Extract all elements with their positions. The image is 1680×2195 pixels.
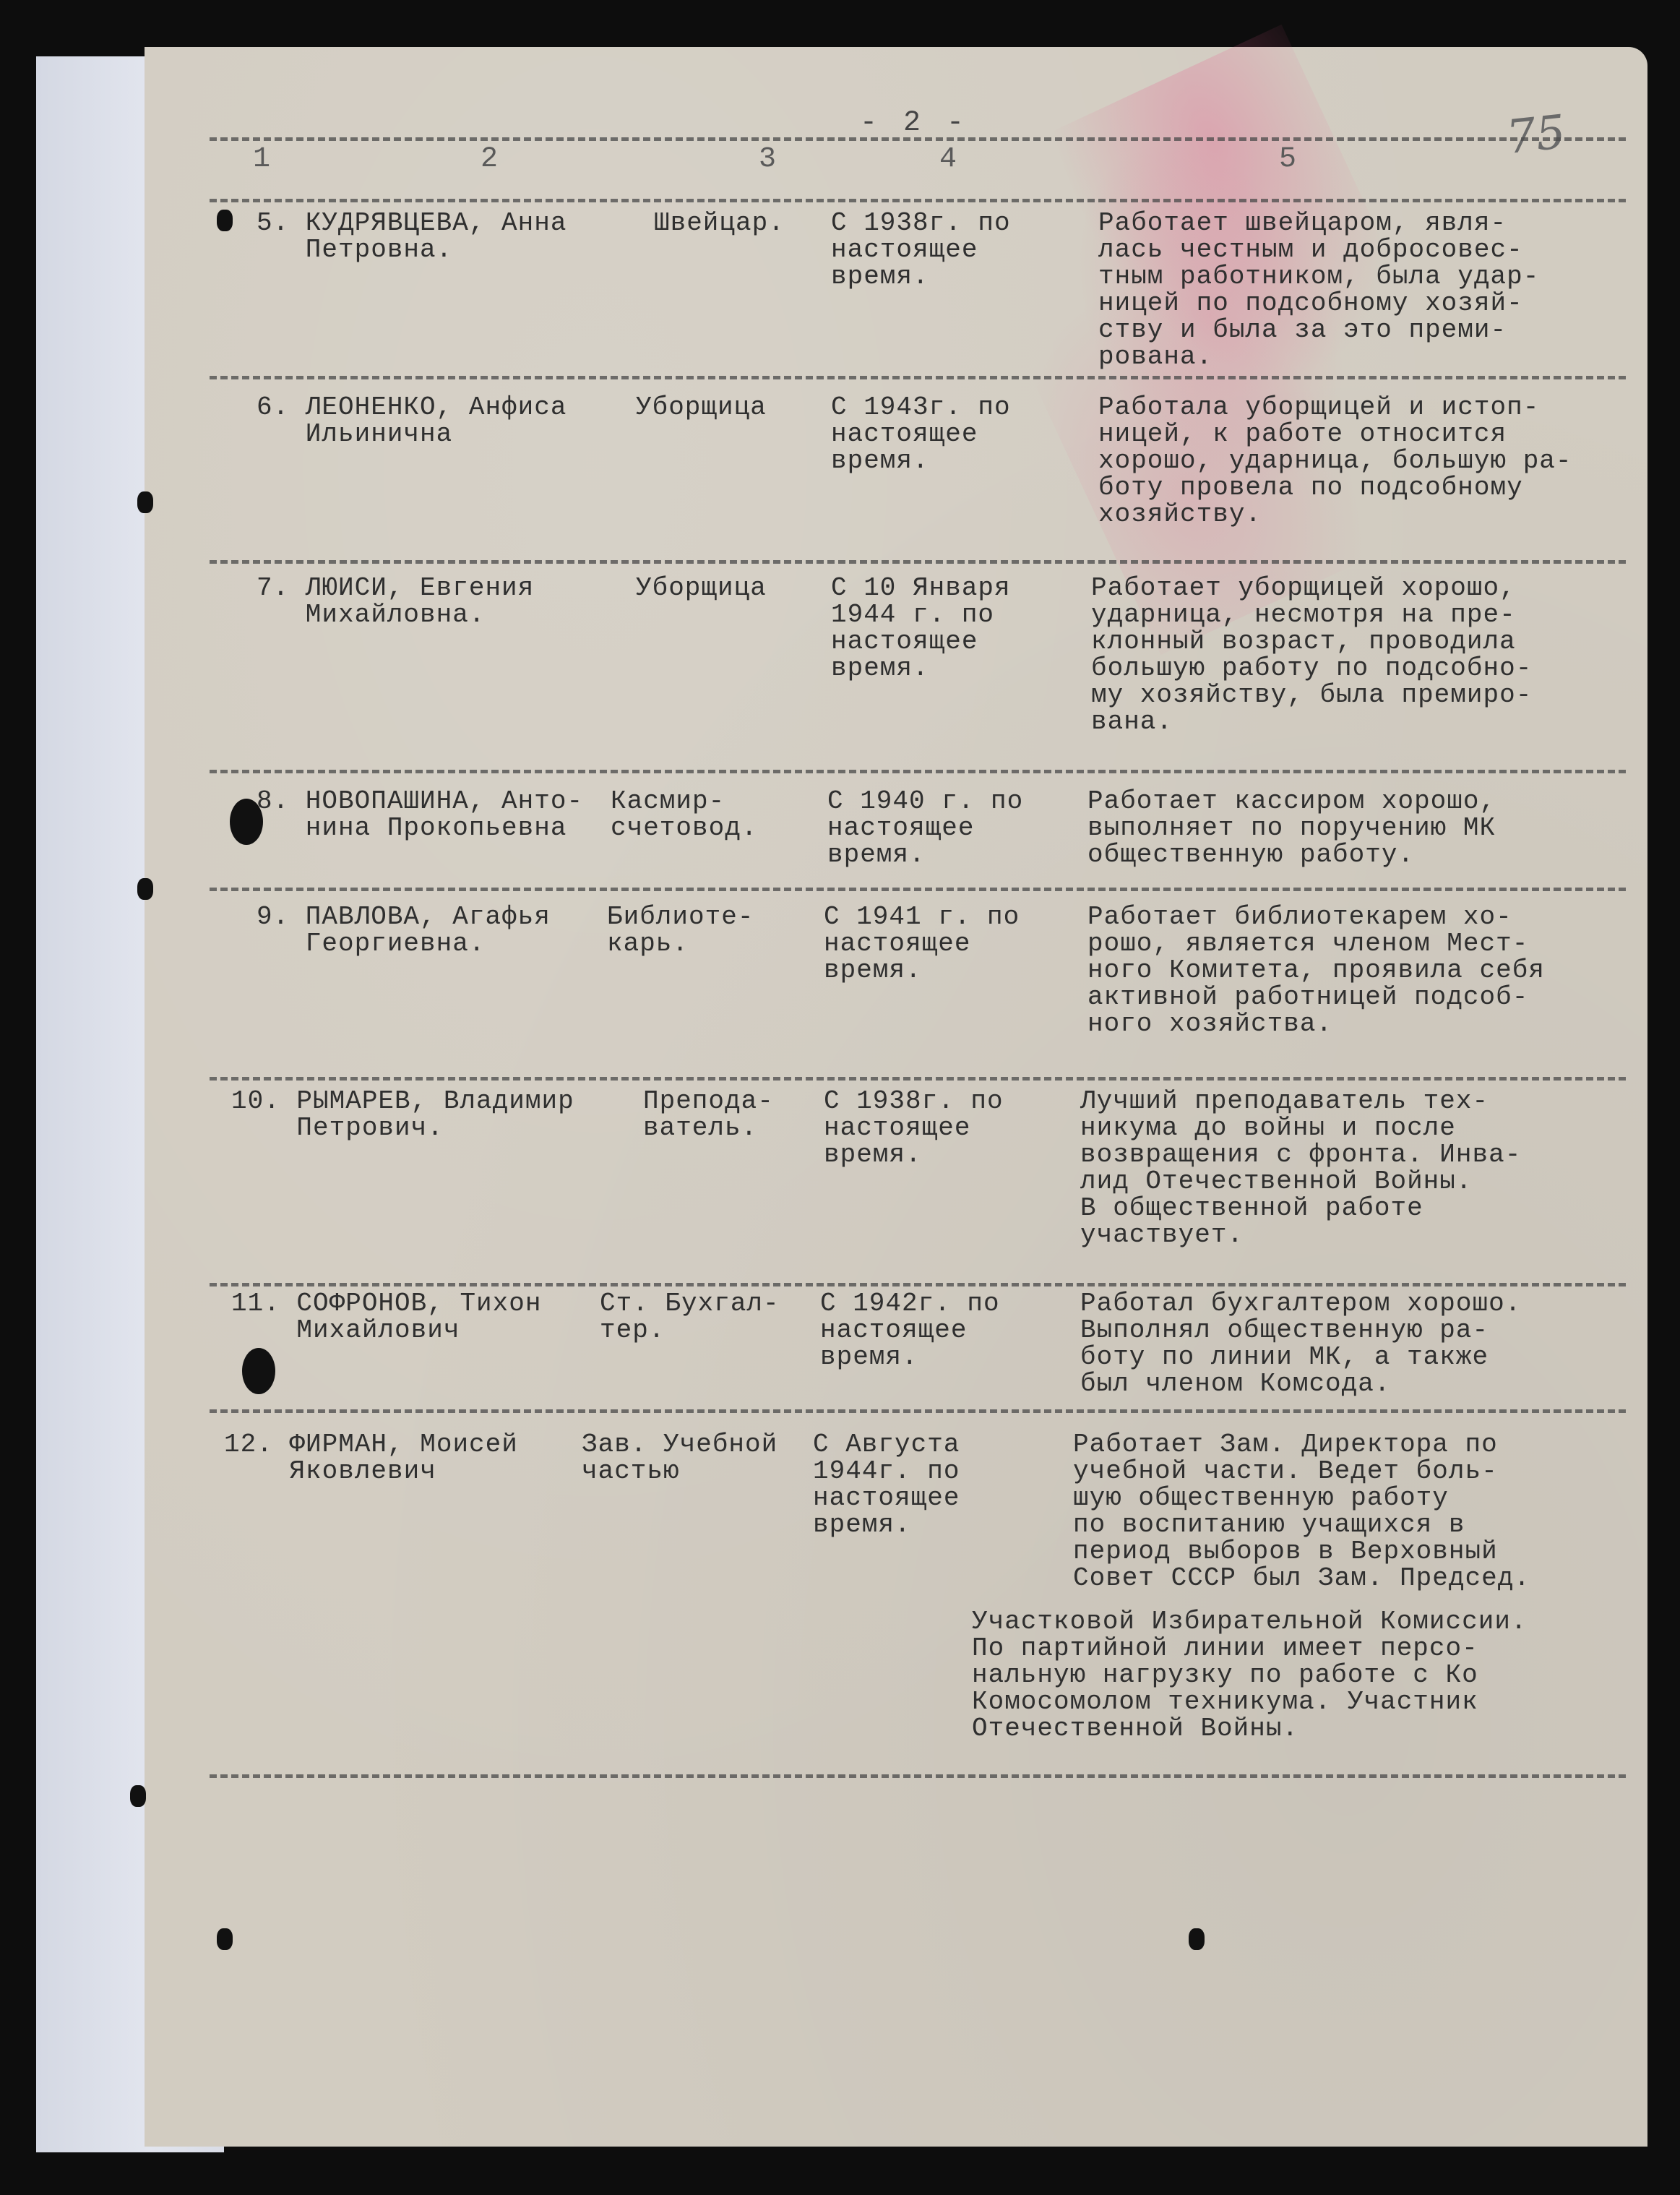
binding-hole: [130, 1785, 146, 1807]
column-header-2: 2: [481, 143, 498, 176]
employee-name: 6. ЛЕОНЕНКО, Анфиса Ильинична: [257, 394, 567, 447]
employment-period: С 1942г. по настоящее время.: [820, 1290, 1000, 1370]
employee-position: Касмир- счетовод.: [611, 788, 757, 841]
employee-position: Библиоте- карь.: [607, 903, 754, 957]
employee-name: 12. ФИРМАН, Моисей Яковлевич: [224, 1431, 518, 1485]
employment-period: С 1940 г. по настоящее время.: [827, 788, 1023, 868]
employee-position: Ст. Бухгал- тер.: [600, 1290, 780, 1344]
binding-hole: [1189, 1928, 1205, 1950]
employee-name: 9. ПАВЛОВА, Агафья Георгиевна.: [257, 903, 551, 957]
binding-hole: [217, 210, 233, 231]
employment-period: С Августа 1944г. по настоящее время.: [813, 1431, 960, 1538]
divider: [210, 560, 1626, 564]
archive-sheet-number: 75: [1504, 106, 1568, 165]
employee-position: Зав. Учебной частью: [582, 1431, 777, 1485]
divider: [210, 137, 1626, 141]
divider: [210, 1774, 1626, 1778]
column-header-1: 1: [253, 143, 270, 176]
employee-description: Работает швейцаром, явля- лась честным и…: [1098, 210, 1539, 370]
divider: [210, 888, 1626, 891]
column-header-3: 3: [759, 143, 776, 176]
employee-description: Работает уборщицей хорошо, ударница, нес…: [1091, 575, 1532, 735]
column-header-4: 4: [939, 143, 957, 176]
binding-hole: [137, 878, 153, 900]
employee-description: Работает библиотекарем хо- рошо, являетс…: [1087, 903, 1545, 1037]
employee-description: Работает кассиром хорошо, выполняет по п…: [1087, 788, 1496, 868]
employment-period: С 1941 г. по настоящее время.: [824, 903, 1020, 984]
column-header-5: 5: [1279, 143, 1296, 176]
page-number: - 2 -: [860, 107, 968, 139]
employee-position: Уборщица: [636, 575, 767, 601]
divider: [210, 376, 1626, 379]
binding-hole: [217, 1928, 233, 1950]
divider: [210, 770, 1626, 773]
employee-position: Швейцар.: [654, 210, 785, 236]
employee-position: Уборщица: [636, 394, 767, 421]
employee-description: Лучший преподаватель тех- никума до войн…: [1080, 1088, 1521, 1248]
employee-description-continued: Участковой Избирательной Комиссии. По па…: [972, 1608, 1528, 1742]
employment-period: С 1938г. по настоящее время.: [824, 1088, 1004, 1168]
employee-description: Работает Зам. Директора по учебной части…: [1073, 1431, 1530, 1592]
employee-name: 8. НОВОПАШИНА, Анто- нина Прокопьевна: [257, 788, 583, 841]
divider: [210, 199, 1626, 202]
employee-name: 10. РЫМАРЕВ, Владимир Петрович.: [231, 1088, 574, 1141]
employment-period: С 1938г. по настоящее время.: [831, 210, 1011, 290]
binding-hole: [230, 799, 263, 845]
binding-hole: [242, 1348, 275, 1394]
employment-period: С 1943г. по настоящее время.: [831, 394, 1011, 474]
employee-name: 11. СОФРОНОВ, Тихон Михайлович: [231, 1290, 541, 1344]
divider: [210, 1283, 1626, 1286]
divider: [210, 1077, 1626, 1081]
binding-hole: [137, 491, 153, 513]
employee-position: Препода- ватель.: [643, 1088, 774, 1141]
employee-description: Работала уборщицей и истоп- ницей, к раб…: [1098, 394, 1572, 528]
employment-period: С 10 Января 1944 г. по настоящее время.: [831, 575, 1011, 682]
employee-name: 7. ЛЮИСИ, Евгения Михайловна.: [257, 575, 534, 628]
employee-description: Работал бухгалтером хорошо. Выполнял общ…: [1080, 1290, 1521, 1397]
employee-name: 5. КУДРЯВЦЕВА, Анна Петровна.: [257, 210, 567, 263]
divider: [210, 1409, 1626, 1413]
